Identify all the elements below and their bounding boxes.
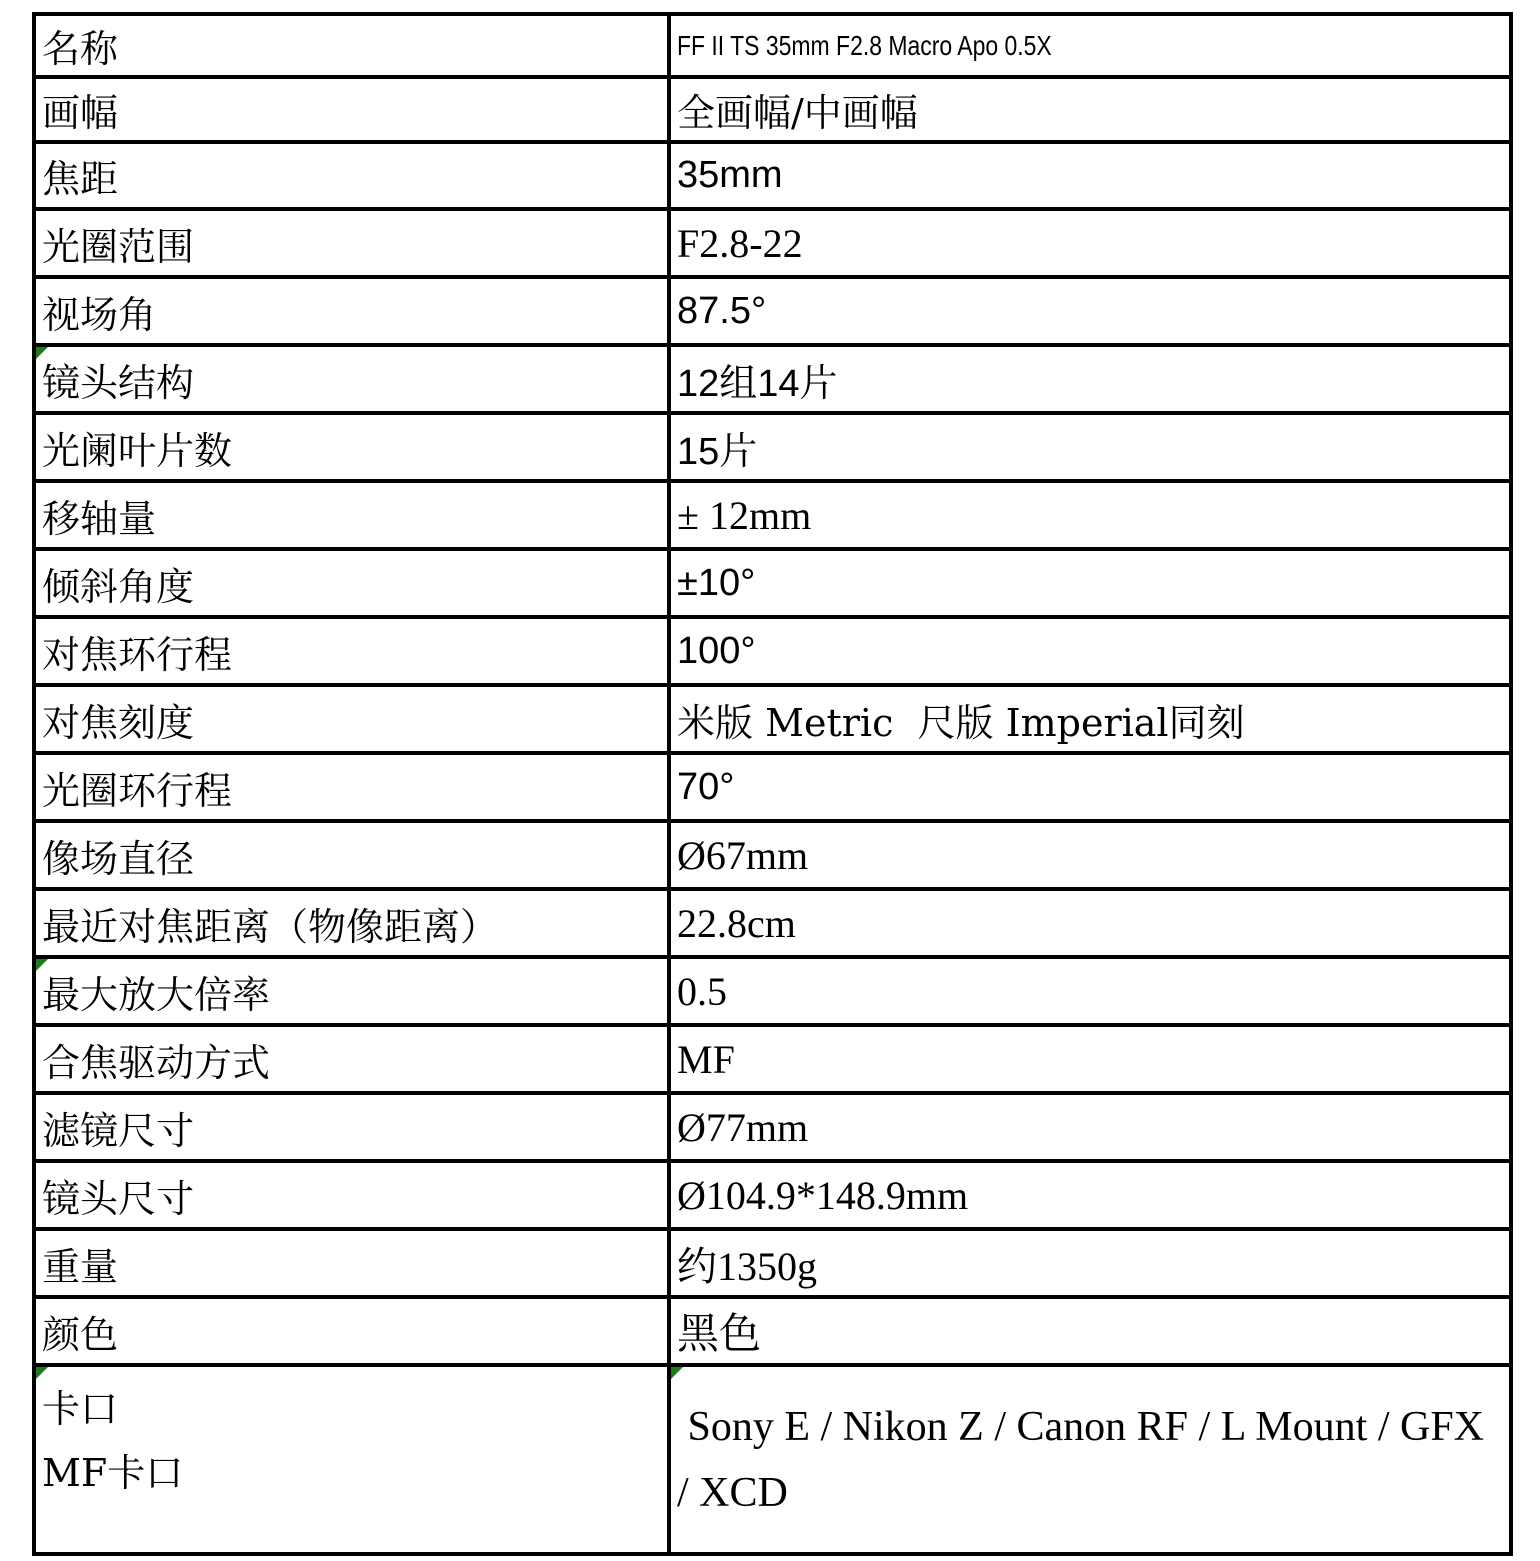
spec-label: 滤镜尺寸 xyxy=(34,1093,669,1161)
spec-label: 对焦刻度 xyxy=(34,685,669,753)
spec-label: 最近对焦距离（物像距离） xyxy=(34,889,669,957)
spec-value: 12组14片 xyxy=(669,345,1511,413)
spec-label-cell: 最大放大倍率 xyxy=(34,957,669,1025)
spec-label: 画幅 xyxy=(34,77,669,142)
table-row: 移轴量 ± 12mm xyxy=(34,481,1511,549)
spec-value: 35mm xyxy=(669,142,1511,209)
spec-value: 全画幅/中画幅 xyxy=(669,77,1511,142)
spec-value: 70° xyxy=(669,753,1511,821)
table-row: 名称 FF II TS 35mm F2.8 Macro Apo 0.5X xyxy=(34,14,1511,77)
table-row: 光圈范围 F2.8-22 xyxy=(34,209,1511,277)
spec-label: 倾斜角度 xyxy=(34,549,669,617)
table-row: 倾斜角度 ±10° xyxy=(34,549,1511,617)
mount-value-cell: Sony E / Nikon Z / Canon RF / L Mount / … xyxy=(669,1365,1511,1554)
table-row: 镜头尺寸 Ø104.9*148.9mm xyxy=(34,1161,1511,1229)
spec-label: 光圈范围 xyxy=(34,209,669,277)
table-row: 光阑叶片数 15片 xyxy=(34,413,1511,481)
comment-marker-icon[interactable] xyxy=(36,347,48,359)
table-row: 合焦驱动方式 MF xyxy=(34,1025,1511,1093)
spec-value: 15片 xyxy=(669,413,1511,481)
spec-label: 光阑叶片数 xyxy=(34,413,669,481)
mount-label-cell: 卡口 MF卡口 xyxy=(34,1365,669,1554)
table-row: 对焦刻度 米版 Metric 尺版 Imperial同刻 xyxy=(34,685,1511,753)
spec-label: 镜头结构 xyxy=(42,361,194,405)
mount-value: Sony E / Nikon Z / Canon RF / L Mount / … xyxy=(677,1404,1495,1516)
spec-value: Ø104.9*148.9mm xyxy=(669,1161,1511,1229)
spec-label: 重量 xyxy=(34,1229,669,1297)
table-row: 滤镜尺寸 Ø77mm xyxy=(34,1093,1511,1161)
spec-value: Ø77mm xyxy=(669,1093,1511,1161)
mf-mount-label: MF卡口 xyxy=(42,1441,661,1505)
table-row: 像场直径 Ø67mm xyxy=(34,821,1511,889)
lens-spec-table: 名称 FF II TS 35mm F2.8 Macro Apo 0.5X 画幅 … xyxy=(32,12,1513,1556)
spec-value: 约1350g xyxy=(669,1229,1511,1297)
comment-marker-icon[interactable] xyxy=(36,959,48,971)
spec-label: 镜头尺寸 xyxy=(34,1161,669,1229)
table-row: 最大放大倍率 0.5 xyxy=(34,957,1511,1025)
spec-value: 100° xyxy=(669,617,1511,685)
spec-value: Ø67mm xyxy=(669,821,1511,889)
spec-label: 光圈环行程 xyxy=(34,753,669,821)
spec-value: MF xyxy=(669,1025,1511,1093)
spec-label: 合焦驱动方式 xyxy=(34,1025,669,1093)
spec-value: 黑色 xyxy=(669,1297,1511,1365)
table-row: 光圈环行程 70° xyxy=(34,753,1511,821)
table-row: 颜色 黑色 xyxy=(34,1297,1511,1365)
mount-label: 卡口 xyxy=(42,1377,661,1441)
spec-value: 米版 Metric 尺版 Imperial同刻 xyxy=(669,685,1511,753)
table-row: 焦距 35mm xyxy=(34,142,1511,209)
spec-label: 像场直径 xyxy=(34,821,669,889)
comment-marker-icon[interactable] xyxy=(671,1367,683,1379)
table-row: 最近对焦距离（物像距离） 22.8cm xyxy=(34,889,1511,957)
spec-value: 22.8cm xyxy=(669,889,1511,957)
spec-value-text: FF II TS 35mm F2.8 Macro Apo 0.5X xyxy=(677,30,1052,62)
table-row: 画幅 全画幅/中画幅 xyxy=(34,77,1511,142)
table-row: 视场角 87.5° xyxy=(34,277,1511,345)
spec-value: F2.8-22 xyxy=(669,209,1511,277)
table-row: 重量 约1350g xyxy=(34,1229,1511,1297)
spec-label: 视场角 xyxy=(34,277,669,345)
spec-label: 名称 xyxy=(34,14,669,77)
spec-value: ± 12mm xyxy=(669,481,1511,549)
table-row: 镜头结构 12组14片 xyxy=(34,345,1511,413)
spec-label-cell: 镜头结构 xyxy=(34,345,669,413)
spec-value: 0.5 xyxy=(669,957,1511,1025)
spec-label: 移轴量 xyxy=(34,481,669,549)
spec-value: 87.5° xyxy=(669,277,1511,345)
spec-value: ±10° xyxy=(669,549,1511,617)
spec-label: 对焦环行程 xyxy=(34,617,669,685)
table-row-mount: 卡口 MF卡口 Sony E / Nikon Z / Canon RF / L … xyxy=(34,1365,1511,1554)
spec-value: FF II TS 35mm F2.8 Macro Apo 0.5X xyxy=(669,14,1511,77)
spec-label: 最大放大倍率 xyxy=(42,973,270,1017)
table-row: 对焦环行程 100° xyxy=(34,617,1511,685)
comment-marker-icon[interactable] xyxy=(36,1367,48,1379)
spec-label: 焦距 xyxy=(34,142,669,209)
spec-label: 颜色 xyxy=(34,1297,669,1365)
